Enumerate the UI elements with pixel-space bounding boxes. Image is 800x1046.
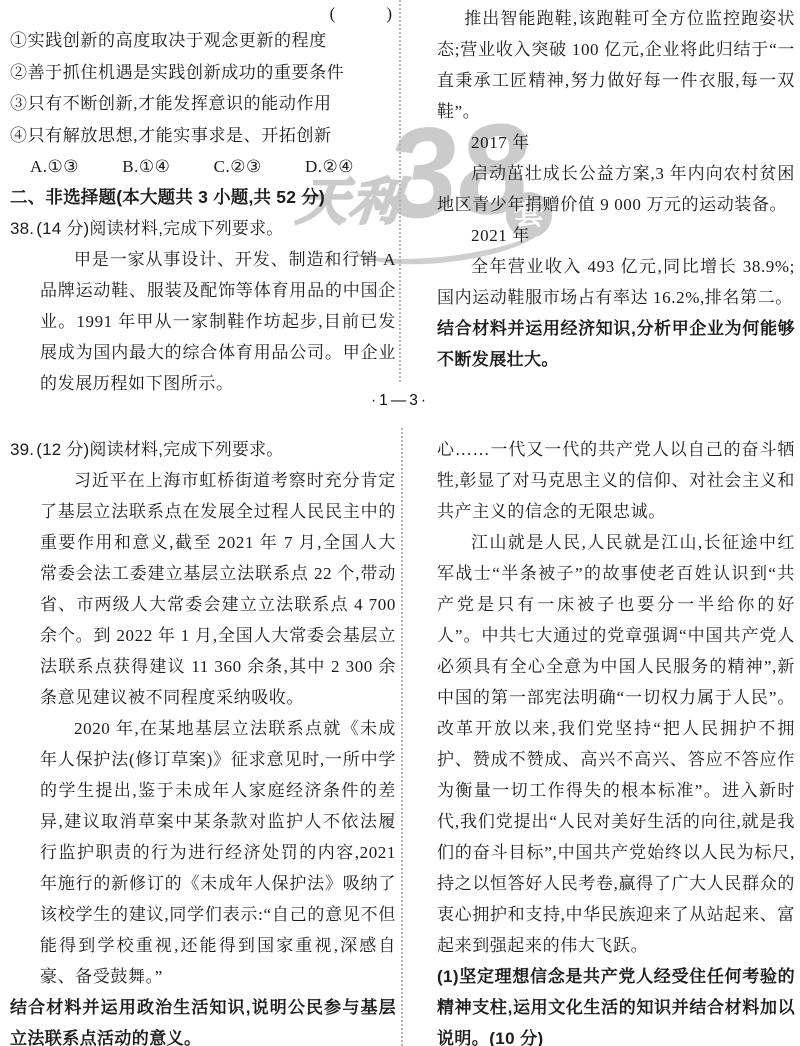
mcq-choices-row: A.①③ B.①④ C.②③ D.②④: [10, 151, 396, 182]
q40-material-para-2: 江山就是人民,人民就是江山,长征途中红军战士“半条被子”的故事使老百姓认识到“共…: [437, 527, 795, 961]
q38-timeline-para-2: 启动茁壮成长公益方案,3 年内向农村贫困地区青少年捐赠价值 9 000 万元的运…: [437, 158, 795, 220]
right-column-bottom: 心……一代又一代的共产党人以自己的奋斗牺牲,彰显了对马克思主义的信仰、对社会主义…: [437, 434, 795, 1046]
left-column-bottom: 39.(12 分)阅读材料,完成下列要求。 习近平在上海市虹桥街道考察时充分肯定…: [10, 434, 396, 1046]
question-38-number: 38.: [10, 219, 34, 238]
mcq-option-1: ①实践创新的高度取决于观念更新的程度: [10, 25, 396, 57]
q40-sub-question-1: (1)坚定理想信念是共产党人经受住任何考验的精神支柱,运用文化生活的知识并结合材…: [437, 961, 795, 1046]
mcq-option-4: ④只有解放思想,才能实事求是、开拓创新: [10, 120, 396, 152]
question-39-material-1: 习近平在上海市虹桥街道考察时充分肯定了基层立法联系点在发展全过程人民民主中的重要…: [40, 465, 396, 713]
question-39-prompt: 结合材料并运用政治生活知识,说明公民参与基层立法联系点活动的意义。: [10, 992, 396, 1046]
q38-timeline-para-3: 全年营业收入 493 亿元,同比增长 38.9%;国内运动鞋服市场占有率达 16…: [437, 251, 795, 313]
column-divider-top: [399, 0, 401, 382]
mcq-choice-a: A.①③: [30, 151, 79, 182]
exam-page: 天利 38 套 ·1—3· ( ) ①实践创新的高度取决于观念更新的程度 ②善于…: [0, 0, 800, 1046]
mcq-choice-b: B.①④: [122, 151, 170, 182]
column-divider-bottom: [401, 428, 403, 1046]
left-column-top: ( ) ①实践创新的高度取决于观念更新的程度 ②善于抓住机遇是实践创新成功的重要…: [10, 2, 396, 399]
mcq-choice-d: D.②④: [305, 151, 354, 182]
q38-timeline-year-2017: 2017 年: [437, 127, 795, 158]
q38-timeline-year-2021: 2021 年: [437, 220, 795, 251]
mcq-option-3: ③只有不断创新,才能发挥意识的能动作用: [10, 88, 396, 120]
question-39-intro: (12 分)阅读材料,完成下列要求。: [36, 440, 283, 459]
question-38-header: 38.(14 分)阅读材料,完成下列要求。: [10, 213, 396, 244]
question-39-material-2: 2020 年,在某地基层立法联系点就《未成年人保护法(修订草案)》征求意见时,一…: [40, 713, 396, 992]
question-39-number: 39.: [10, 440, 34, 459]
question-38-material: 甲是一家从事设计、开发、制造和行销 A 品牌运动鞋、服装及配饰等体育用品的中国企…: [40, 244, 396, 399]
q38-timeline-para-1: 推出智能跑鞋,该跑鞋可全方位监控跑姿状态;营业收入突破 100 亿元,企业将此归…: [437, 3, 795, 127]
question-38-intro: (14 分)阅读材料,完成下列要求。: [36, 219, 283, 238]
mcq-choice-c: C.②③: [214, 151, 262, 182]
question-38-prompt: 结合材料并运用经济知识,分析甲企业为何能够不断发展壮大。: [437, 313, 795, 375]
answer-bracket: ( ): [10, 2, 396, 25]
right-column-top: 推出智能跑鞋,该跑鞋可全方位监控跑姿状态;营业收入突破 100 亿元,企业将此归…: [437, 3, 795, 375]
question-39-header: 39.(12 分)阅读材料,完成下列要求。: [10, 434, 396, 465]
mcq-option-2: ②善于抓住机遇是实践创新成功的重要条件: [10, 57, 396, 89]
section-heading: 二、非选择题(本大题共 3 小题,共 52 分): [10, 182, 396, 213]
q40-material-para-1: 心……一代又一代的共产党人以自己的奋斗牺牲,彰显了对马克思主义的信仰、对社会主义…: [437, 434, 795, 527]
